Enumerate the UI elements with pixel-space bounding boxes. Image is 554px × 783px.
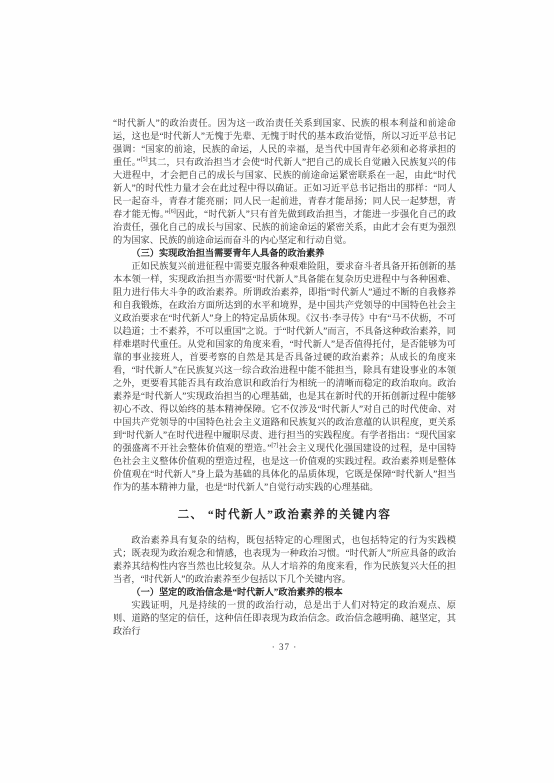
- paragraph-text: 正如民族复兴前进征程中需要克服各种艰难险阻，要求奋斗者具备开拓创新的基本本领一样…: [113, 261, 456, 453]
- citation-ref: [6]: [169, 209, 176, 215]
- page-content: “时代新人”的政治责任。因为这一政治责任关系到国家、民族的根本利益和前途命运，这…: [113, 117, 456, 654]
- paragraph: 实践证明，凡是持续的一贯的政治行动，总是出于人们对特定的政治观点、原则、道路的坚…: [113, 599, 456, 638]
- paragraph: 政治素养具有复杂的结构，既包括特定的心理图式，也包括特定的行为实践模式；既表现为…: [113, 534, 456, 586]
- subsection-heading-one: （一）坚定的政治信念是“时代新人”政治素养的根本: [113, 586, 456, 599]
- citation-ref: [5]: [141, 157, 148, 163]
- page-number: · 37 ·: [113, 641, 456, 654]
- paragraph-continuation: “时代新人”的政治责任。因为这一政治责任关系到国家、民族的根本利益和前途命运，这…: [113, 117, 456, 247]
- document-page: “时代新人”的政治责任。因为这一政治责任关系到国家、民族的根本利益和前途命运，这…: [0, 0, 554, 783]
- subsection-heading-three: （三）实现政治担当需要青年人具备的政治素养: [113, 247, 456, 260]
- section-heading: 二、 “时代新人”政治素养的关键内容: [113, 509, 456, 522]
- paragraph: 正如民族复兴前进征程中需要克服各种艰难险阻，要求奋斗者具备开拓创新的基本本领一样…: [113, 260, 456, 494]
